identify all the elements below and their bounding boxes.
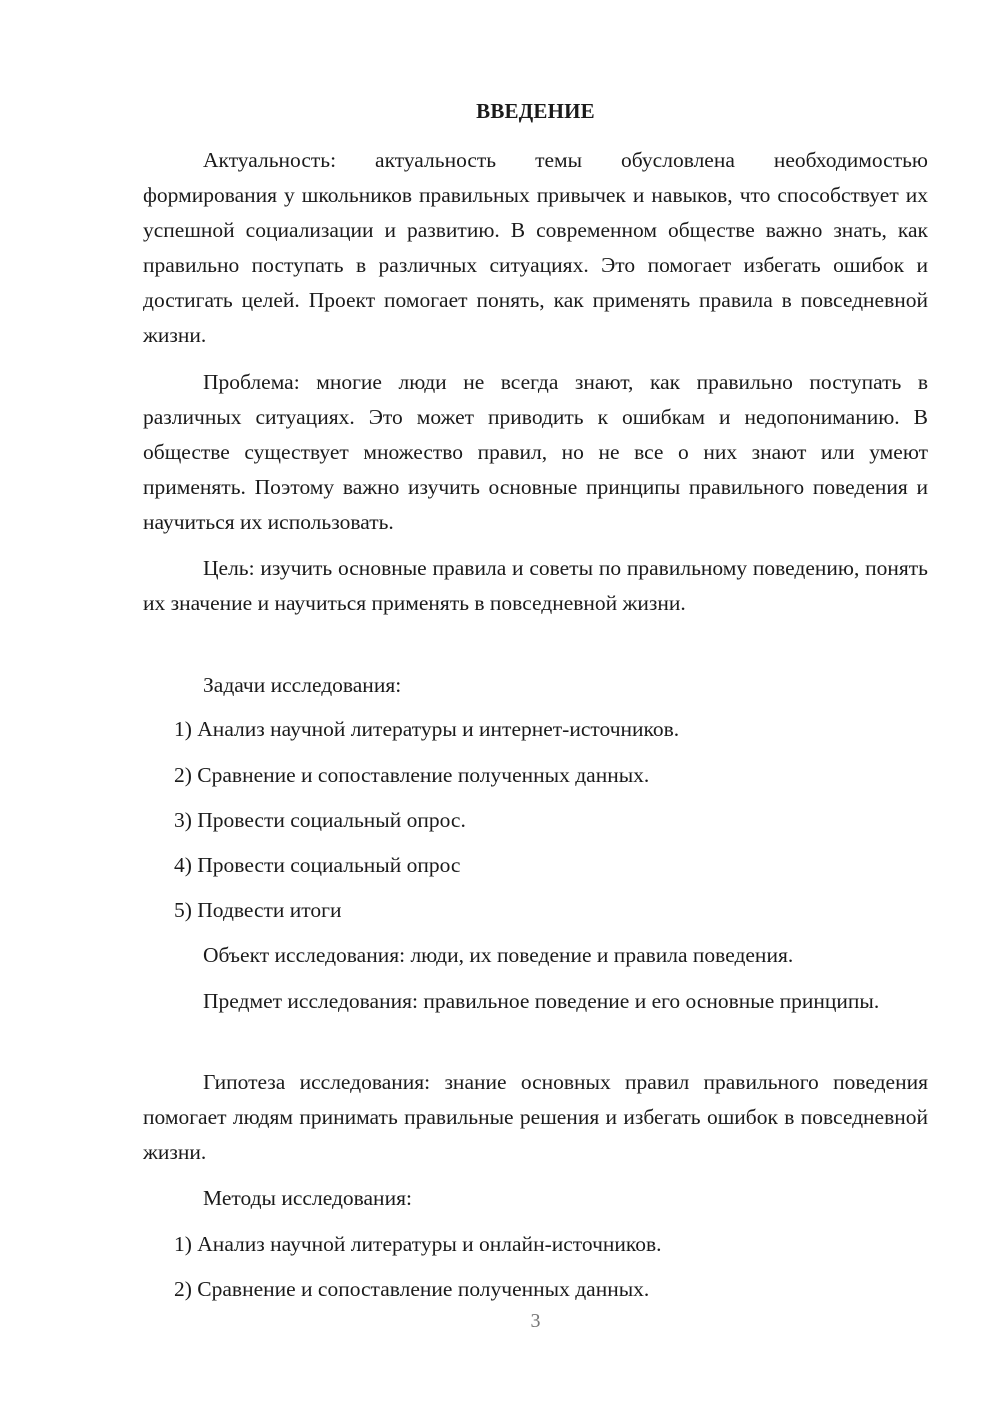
paragraph-hypothesis: Гипотеза исследования: знание основных п… <box>143 1065 928 1170</box>
paragraph-goal: Цель: изучить основные правила и советы … <box>143 551 928 621</box>
methods-heading: Методы исследования: <box>143 1181 928 1216</box>
section-title: ВВЕДЕНИЕ <box>143 96 928 126</box>
method-item: 1) Анализ научной литературы и онлайн-ис… <box>174 1227 662 1262</box>
paragraph-subject: Предмет исследования: правильное поведен… <box>143 984 928 1019</box>
task-item: 2) Сравнение и сопоставление полученных … <box>174 758 649 793</box>
paragraph-object: Объект исследования: люди, их поведение … <box>143 938 928 973</box>
task-item: 4) Провести социальный опрос <box>174 848 460 883</box>
task-item: 1) Анализ научной литературы и интернет-… <box>174 712 679 747</box>
tasks-heading: Задачи исследования: <box>143 668 928 703</box>
paragraph-problem: Проблема: многие люди не всегда знают, к… <box>143 365 928 540</box>
paragraph-relevance: Актуальность: актуальность темы обусловл… <box>143 143 928 353</box>
task-item: 5) Подвести итоги <box>174 893 342 928</box>
task-item: 3) Провести социальный опрос. <box>174 803 466 838</box>
method-item: 2) Сравнение и сопоставление полученных … <box>174 1272 649 1307</box>
page-number: 3 <box>143 1306 928 1336</box>
